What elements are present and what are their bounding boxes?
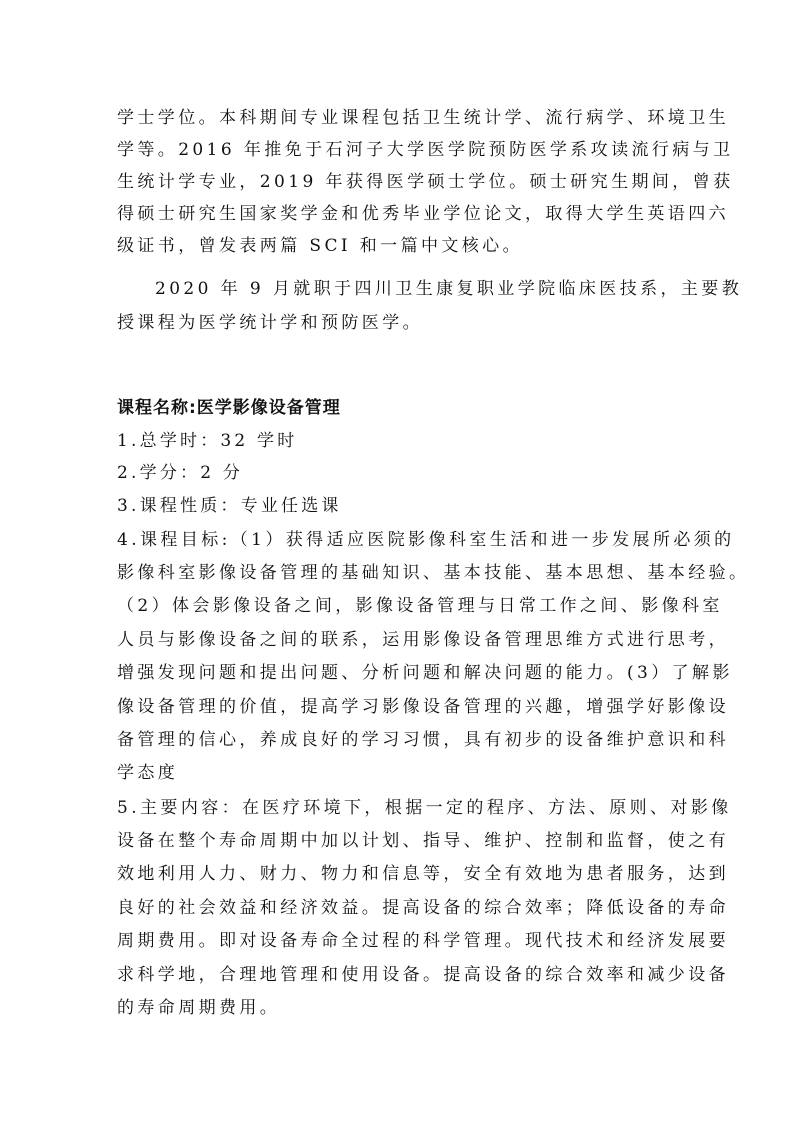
objectives-line: 增强发现问题和提出问题、分析问题和解决问题的能力。(3）了解影 [117, 662, 733, 684]
bio-line: 学士学位。本科期间专业课程包括卫生统计学、流行病学、环境卫生 [117, 107, 729, 129]
objectives-line: 影像科室影像设备管理的基础知识、基本技能、基本思想、基本经验。 [117, 562, 749, 584]
objectives-line: （2）体会影像设备之间，影像设备管理与日常工作之间、影像科室 [117, 595, 723, 617]
content-line: 效地利用人力、财力、物力和信息等，安全有效地为患者服务，达到 [117, 863, 729, 885]
content-line: 的寿命周期费用。 [117, 997, 280, 1019]
bio-line: 生统计学专业，2019 年获得医学硕士学位。硕士研究生期间，曾获 [117, 171, 733, 193]
objectives-line: 4.课程目标:（1）获得适应医院影像科室生活和进一步发展所必须的 [117, 529, 735, 551]
objectives-line: 备管理的信心，养成良好的学习习惯，具有初步的设备维护意识和科 [117, 729, 729, 751]
course-hours: 1.总学时：32 学时 [117, 430, 297, 452]
bio-line: 学等。2016 年推免于石河子大学医学院预防医学系攻读流行病与卫 [117, 139, 733, 161]
objectives-line: 人员与影像设备之间的联系，运用影像设备管理思维方式进行思考， [117, 629, 729, 651]
content-line: 5.主要内容：在医疗环境下，根据一定的程序、方法、原则、对影像 [117, 797, 732, 819]
course-credits: 2.学分：2 分 [117, 462, 243, 484]
content-line: 求科学地，合理地管理和使用设备。提高设备的综合效率和减少设备 [117, 964, 729, 986]
content-line: 周期费用。即对设备寿命全过程的科学管理。现代技术和经济发展要 [117, 930, 729, 952]
content-line: 设备在整个寿命周期中加以计划、指导、维护、控制和监督，使之有 [117, 830, 729, 852]
employment-line: 授课程为医学统计学和预防医学。 [117, 312, 423, 334]
course-title: 课程名称:医学影像设备管理 [117, 397, 341, 419]
content-line: 良好的社会效益和经济效益。提高设备的综合效率；降低设备的寿命 [117, 897, 729, 919]
objectives-line: 像设备管理的价值，提高学习影像设备管理的兴趣，增强学好影像设 [117, 696, 729, 718]
course-nature: 3.课程性质：专业任选课 [117, 495, 342, 517]
employment-line: 2020 年 9 月就职于四川卫生康复职业学院临床医技系，主要教 [155, 278, 742, 300]
bio-line: 级证书，曾发表两篇 SCI 和一篇中文核心。 [117, 235, 523, 257]
objectives-line: 学态度 [117, 762, 178, 784]
bio-line: 得硕士研究生国家奖学金和优秀毕业学位论文，取得大学生英语四六 [117, 203, 729, 225]
